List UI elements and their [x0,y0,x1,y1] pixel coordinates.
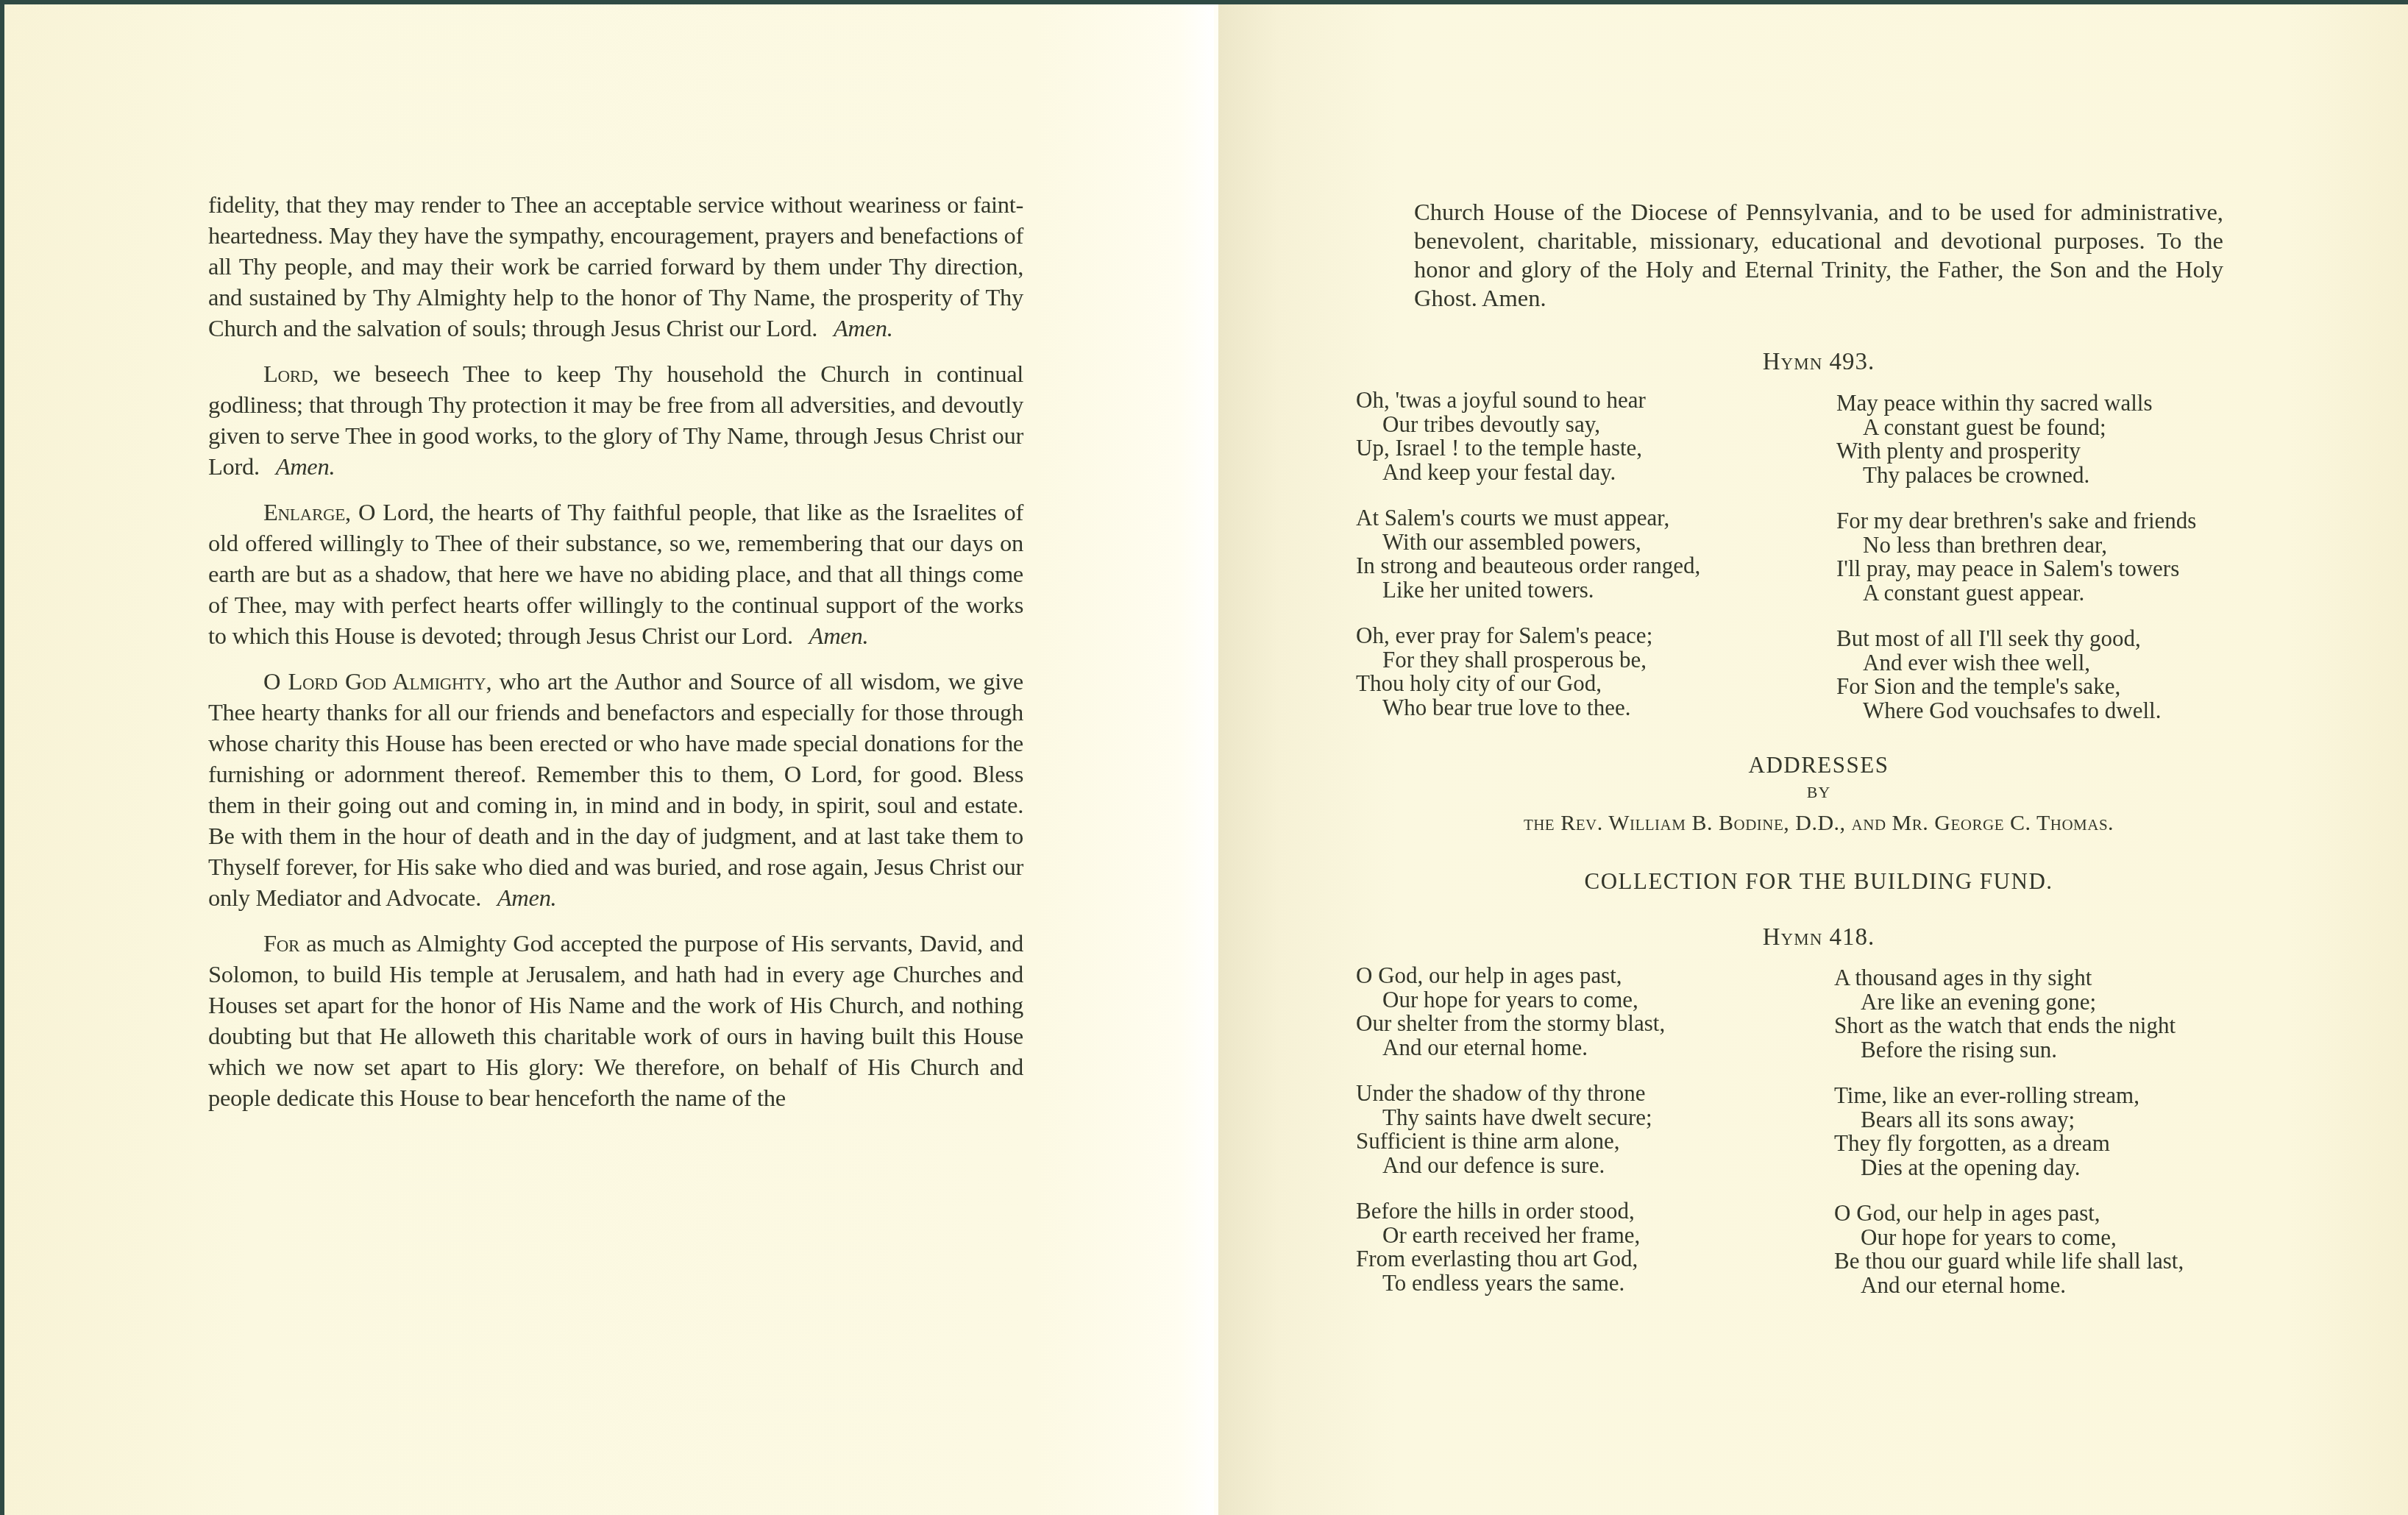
verse-line: Be thou our guard while life shall last, [1834,1249,2184,1274]
prayer-paragraph: Lord, we beseech Thee to keep Thy househ… [208,359,1023,483]
left-page-prayers: fidelity, that they may render to Thee a… [208,190,1023,1129]
stanza: A thousand ages in thy sight Are like an… [1834,966,2184,1062]
hymn-418-left-column: O God, our help in ages past, Our hope f… [1356,964,1665,1317]
verse-line: Under the shadow of thy throne [1356,1082,1665,1106]
hymn-493-right-column: May peace within thy sacred walls A cons… [1836,391,2196,745]
verse-line: And keep your festal day. [1356,461,1700,485]
verse-line: For my dear brethren's sake and friends [1836,509,2196,533]
verse-line: I'll pray, may peace in Salem's towers [1836,557,2196,581]
verse-line: Thou holy city of our God, [1356,672,1700,696]
addresses-heading: ADDRESSES [1340,752,2297,778]
addresses-speakers: the Rev. William B. Bodine, D.D., and Mr… [1340,811,2297,836]
verse-line: Bears all its sons away; [1834,1108,2184,1132]
verse-line: To endless years the same. [1356,1271,1665,1296]
stanza: Oh, 'twas a joyful sound to hear Our tri… [1356,388,1700,484]
verse-line: O God, our help in ages past, [1834,1202,2184,1226]
verse-line: In strong and beauteous order ranged, [1356,554,1700,578]
verse-line: Short as the watch that ends the night [1834,1014,2184,1038]
verse-line: A thousand ages in thy sight [1834,966,2184,990]
stanza: O God, our help in ages past, Our hope f… [1356,964,1665,1060]
verse-line: Or earth received her frame, [1356,1224,1665,1248]
amen: Amen. [809,623,869,650]
collection-heading: COLLECTION FOR THE BUILDING FUND. [1340,868,2297,895]
verse-line: And ever wish thee well, [1836,651,2196,675]
verse-line: Thy saints have dwelt secure; [1356,1106,1665,1130]
amen: Amen. [276,454,335,480]
verse-line: And our eternal home. [1834,1274,2184,1298]
dedication-continuation: Church House of the Diocese of Pennsylva… [1414,199,2223,313]
amen: Amen. [834,316,893,342]
stanza: May peace within thy sacred walls A cons… [1836,391,2196,487]
hymn-493-left-column: Oh, 'twas a joyful sound to hear Our tri… [1356,388,1700,742]
verse-line: Who bear true love to thee. [1356,696,1700,720]
verse-line: From everlasting thou art God, [1356,1247,1665,1271]
amen: Amen. [497,885,557,912]
verse-line: For they shall prosperous be, [1356,648,1700,673]
hymn-493-title: Hymn 493. [1340,349,2297,376]
verse-line: Like her united towers. [1356,578,1700,603]
verse-line: They fly forgotten, as a dream [1834,1132,2184,1156]
paragraph-lead: Lord [263,361,313,388]
prayer-paragraph: Enlarge, O Lord, the hearts of Thy faith… [208,497,1023,652]
verse-line: A constant guest be found; [1836,416,2196,440]
paragraph-lead: Enlarge [263,500,345,526]
stanza: At Salem's courts we must appear, With o… [1356,506,1700,602]
prayer-paragraph: For as much as Almighty God accepted the… [208,929,1023,1114]
verse-line: Our shelter from the stormy blast, [1356,1012,1665,1036]
paragraph-text: , who art the Author and Source of all w… [208,669,1023,912]
verse-line: Thy palaces be crowned. [1836,464,2196,488]
prayer-paragraph: fidelity, that they may render to Thee a… [208,190,1023,344]
verse-line: Before the hills in order stood, [1356,1199,1665,1224]
paragraph-text: as much as Almighty God accepted the pur… [208,931,1023,1112]
stanza: Oh, ever pray for Salem's peace; For the… [1356,624,1700,720]
verse-line: Dies at the opening day. [1834,1156,2184,1180]
verse-line: Before the rising sun. [1834,1038,2184,1062]
hymn-418-right-column: A thousand ages in thy sight Are like an… [1834,966,2184,1319]
stanza: But most of all I'll seek thy good, And … [1836,627,2196,723]
verse-line: No less than brethren dear, [1836,533,2196,558]
addresses-by: BY [1340,783,2297,802]
verse-line: A constant guest appear. [1836,581,2196,606]
stanza: Time, like an ever-rolling stream, Bears… [1834,1084,2184,1179]
paragraph-text: fidelity, that they may render to Thee a… [208,192,1023,342]
verse-line: With plenty and prosperity [1836,439,2196,464]
verse-line: And our defence is sure. [1356,1154,1665,1178]
verse-line: But most of all I'll seek thy good, [1836,627,2196,651]
verse-line: Our hope for years to come, [1356,988,1665,1012]
verse-line: At Salem's courts we must appear, [1356,506,1700,531]
stanza: O God, our help in ages past, Our hope f… [1834,1202,2184,1297]
verse-line: O God, our help in ages past, [1356,964,1665,988]
prayer-paragraph: O Lord God Almighty, who art the Author … [208,667,1023,914]
verse-line: Are like an evening gone; [1834,990,2184,1015]
verse-line: Our tribes devoutly say, [1356,413,1700,437]
hymn-418-title: Hymn 418. [1340,924,2297,951]
verse-line: For Sion and the temple's sake, [1836,675,2196,699]
paragraph-lead: For [263,931,299,957]
stanza: Before the hills in order stood, Or eart… [1356,1199,1665,1295]
verse-line: Up, Israel ! to the temple haste, [1356,436,1700,461]
verse-line: Oh, ever pray for Salem's peace; [1356,624,1700,648]
verse-line: Where God vouchsafes to dwell. [1836,699,2196,723]
verse-line: With our assembled powers, [1356,531,1700,555]
verse-line: Sufficient is thine arm alone, [1356,1129,1665,1154]
paragraph-lead: O Lord God Almighty [263,669,486,695]
stanza: Under the shadow of thy throne Thy saint… [1356,1082,1665,1177]
stanza: For my dear brethren's sake and friends … [1836,509,2196,605]
verse-line: May peace within thy sacred walls [1836,391,2196,416]
verse-line: Time, like an ever-rolling stream, [1834,1084,2184,1108]
verse-line: Oh, 'twas a joyful sound to hear [1356,388,1700,413]
verse-line: And our eternal home. [1356,1036,1665,1060]
verse-line: Our hope for years to come, [1834,1226,2184,1250]
